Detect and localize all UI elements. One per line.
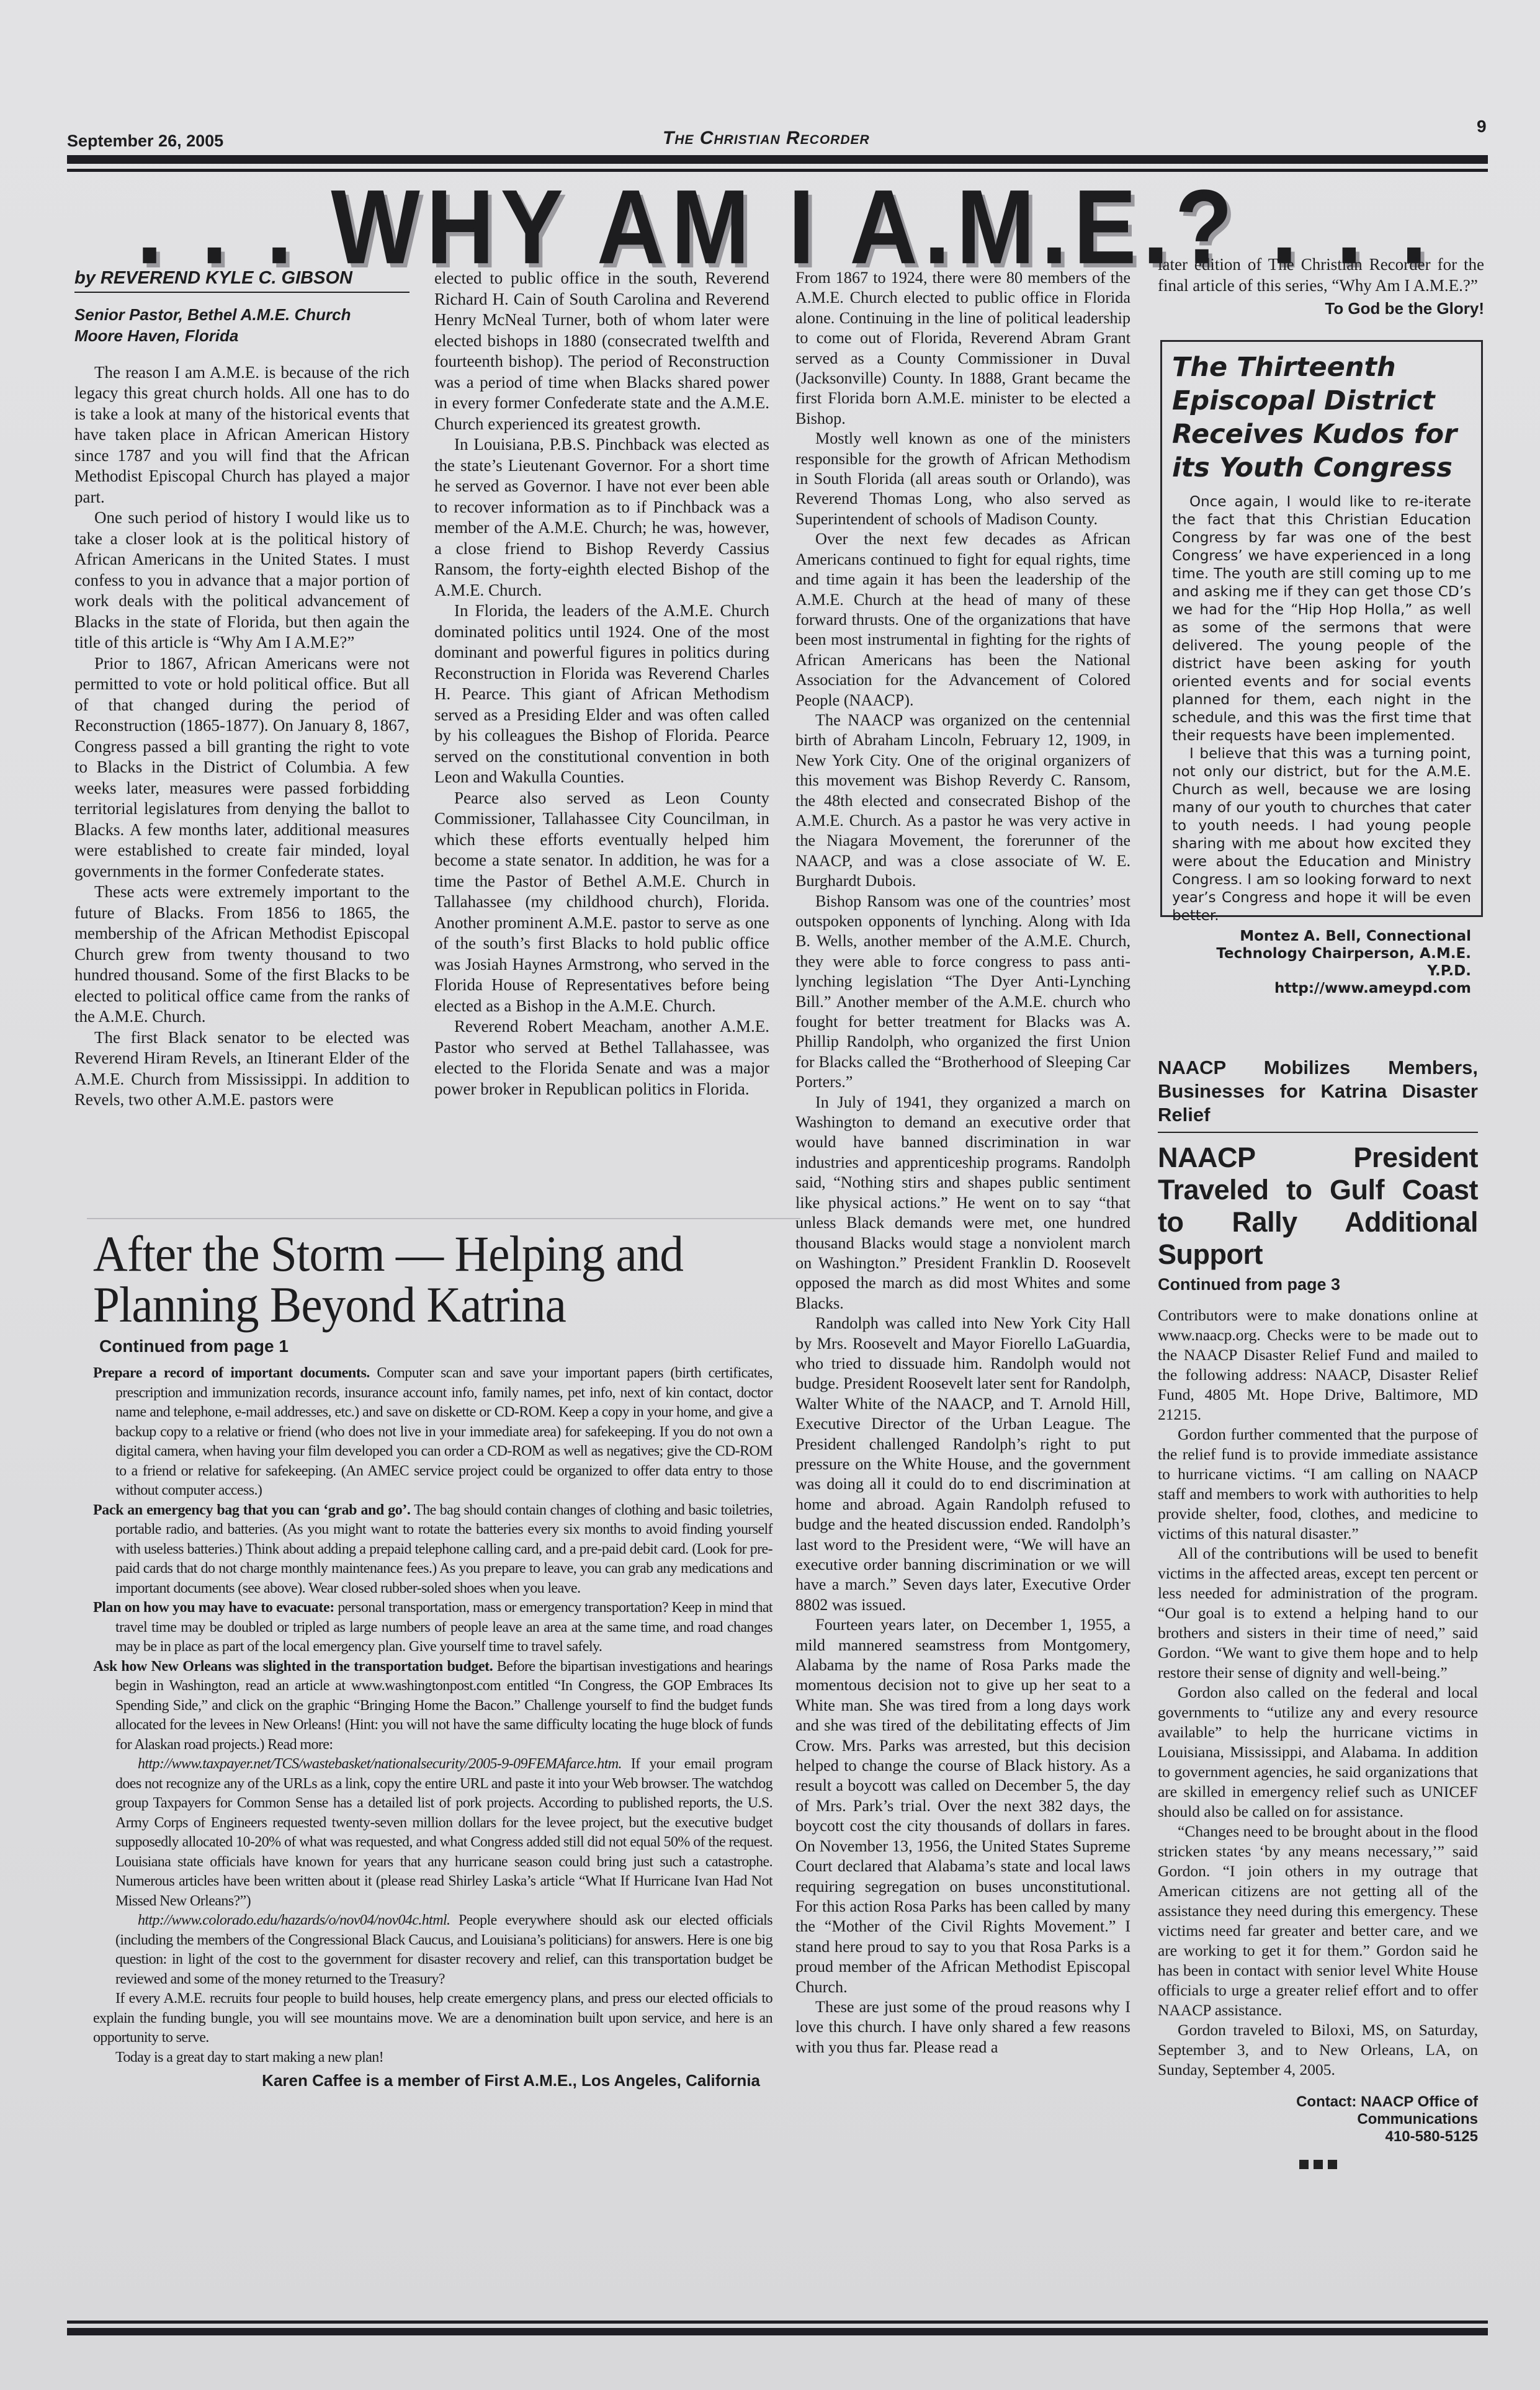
main-article-column-2: elected to public office in the south, R… — [434, 268, 769, 1099]
naacp-kicker-headline: NAACP Mobilizes Members, Businesses for … — [1158, 1056, 1478, 1133]
tip-item: Plan on how you may have to evacuate: pe… — [93, 1598, 772, 1657]
paragraph: The first Black senator to be elected wa… — [74, 1027, 410, 1111]
sidebar-headline: The Thirteenth Episcopal District Receiv… — [1172, 351, 1471, 485]
paragraph: Once again, I would like to re-iterate t… — [1172, 493, 1471, 745]
author-note: Karen Caffee is a member of First A.M.E.… — [93, 2071, 772, 2090]
paragraph: elected to public office in the south, R… — [434, 268, 769, 434]
paragraph: The reason I am A.M.E. is because of the… — [74, 362, 410, 508]
colorado-url-link[interactable]: http://www.colorado.edu/hazards/o/nov04/… — [138, 1912, 450, 1928]
paragraph: http://www.taxpayer.net/TCS/wastebasket/… — [93, 1755, 772, 1911]
page-fold-line — [87, 1218, 800, 1219]
paragraph: In Florida, the leaders of the A.M.E. Ch… — [434, 601, 769, 788]
article-continuation: later edition of The Christian Recorder … — [1158, 254, 1484, 296]
naacp-article: NAACP Mobilizes Members, Businesses for … — [1158, 1056, 1478, 2174]
newspaper-page: September 26, 2005 The Christian Recorde… — [0, 0, 1540, 2390]
paragraph: Gordon also called on the federal and lo… — [1158, 1683, 1478, 1822]
main-article-column-3: From 1867 to 1924, there were 80 members… — [795, 268, 1130, 2057]
paragraph: These are just some of the proud reasons… — [795, 1997, 1130, 2057]
main-article-column-4: later edition of The Christian Recorder … — [1158, 254, 1484, 320]
paragraph: If every A.M.E. recruits four people to … — [93, 1989, 772, 2048]
issue-date: September 26, 2005 — [67, 132, 223, 151]
paragraph: The NAACP was organized on the centennia… — [795, 710, 1130, 892]
youth-congress-sidebar-box: The Thirteenth Episcopal District Receiv… — [1160, 340, 1483, 917]
paragraph: Over the next few decades as African Ame… — [795, 529, 1130, 710]
paragraph: From 1867 to 1924, there were 80 members… — [795, 268, 1130, 429]
header-rule-thick — [67, 155, 1488, 164]
paragraph: All of the contributions will be used to… — [1158, 1544, 1478, 1683]
paragraph: In July of 1941, they organized a march … — [795, 1093, 1130, 1314]
main-article-column-1: by REVEREND KYLE C. GIBSON Senior Pastor… — [74, 268, 410, 1111]
tip-item: Prepare a record of important documents.… — [93, 1364, 772, 1501]
signature: Montez A. Bell, Connectional Technology … — [1172, 928, 1471, 997]
end-of-article-marker-icon — [1158, 2154, 1478, 2174]
page-number: 9 — [1477, 117, 1487, 137]
author-affiliation: Senior Pastor, Bethel A.M.E. Church Moor… — [74, 304, 410, 346]
paragraph: Reverend Robert Meacham, another A.M.E. … — [434, 1016, 769, 1099]
paragraph: Prior to 1867, African Americans were no… — [74, 653, 410, 882]
paragraph: Gordon further commented that the purpos… — [1158, 1425, 1478, 1544]
paragraph: Today is a great day to start making a n… — [93, 2048, 772, 2068]
after-the-storm-article: After the Storm — Helping and Planning B… — [93, 1229, 772, 2090]
paragraph: I believe that this was a turning point,… — [1172, 745, 1471, 925]
paragraph: In Louisiana, P.B.S. Pinchback was elect… — [434, 434, 769, 601]
paragraph: One such period of history I would like … — [74, 508, 410, 653]
naacp-headline: NAACP President Traveled to Gulf Coast t… — [1158, 1142, 1478, 1271]
storm-headline: After the Storm — Helping and Planning B… — [93, 1229, 732, 1330]
paragraph: http://www.colorado.edu/hazards/o/nov04/… — [93, 1911, 772, 1989]
footer-rule-thick — [67, 2328, 1488, 2335]
paragraph: Pearce also served as Leon County Commis… — [434, 788, 769, 1017]
paragraph: Fourteen years later, on December 1, 195… — [795, 1615, 1130, 1997]
contact-info: Contact: NAACP Office of Communications … — [1158, 2093, 1478, 2146]
website-link[interactable]: http://www.ameypd.com — [1274, 980, 1471, 996]
contact-phone: 410-580-5125 — [1158, 2128, 1478, 2146]
paragraph: Bishop Ransom was one of the countries’ … — [795, 892, 1130, 1093]
continued-note: Continued from page 1 — [99, 1336, 772, 1356]
continued-note: Continued from page 3 — [1158, 1274, 1478, 1294]
paragraph: Randolph was called into New York City H… — [795, 1314, 1130, 1615]
paragraph: Gordon traveled to Biloxi, MS, on Saturd… — [1158, 2020, 1478, 2080]
publication-name: The Christian Recorder — [663, 128, 870, 149]
paragraph: These acts were extremely important to t… — [74, 882, 410, 1027]
footer-rule-thin — [67, 2321, 1488, 2324]
paragraph: “Changes need to be brought about in the… — [1158, 1822, 1478, 2020]
tip-item: Ask how New Orleans was slighted in the … — [93, 1657, 772, 1755]
paragraph: Mostly well known as one of the minister… — [795, 429, 1130, 529]
tip-item: Pack an emergency bag that you can ‘grab… — [93, 1501, 772, 1599]
taxpayer-url-link[interactable]: http://www.taxpayer.net/TCS/wastebasket/… — [138, 1756, 622, 1772]
byline: by REVEREND KYLE C. GIBSON — [74, 268, 410, 293]
paragraph: Contributors were to make donations onli… — [1158, 1305, 1478, 1425]
closing-line: To God be the Glory! — [1158, 298, 1484, 320]
